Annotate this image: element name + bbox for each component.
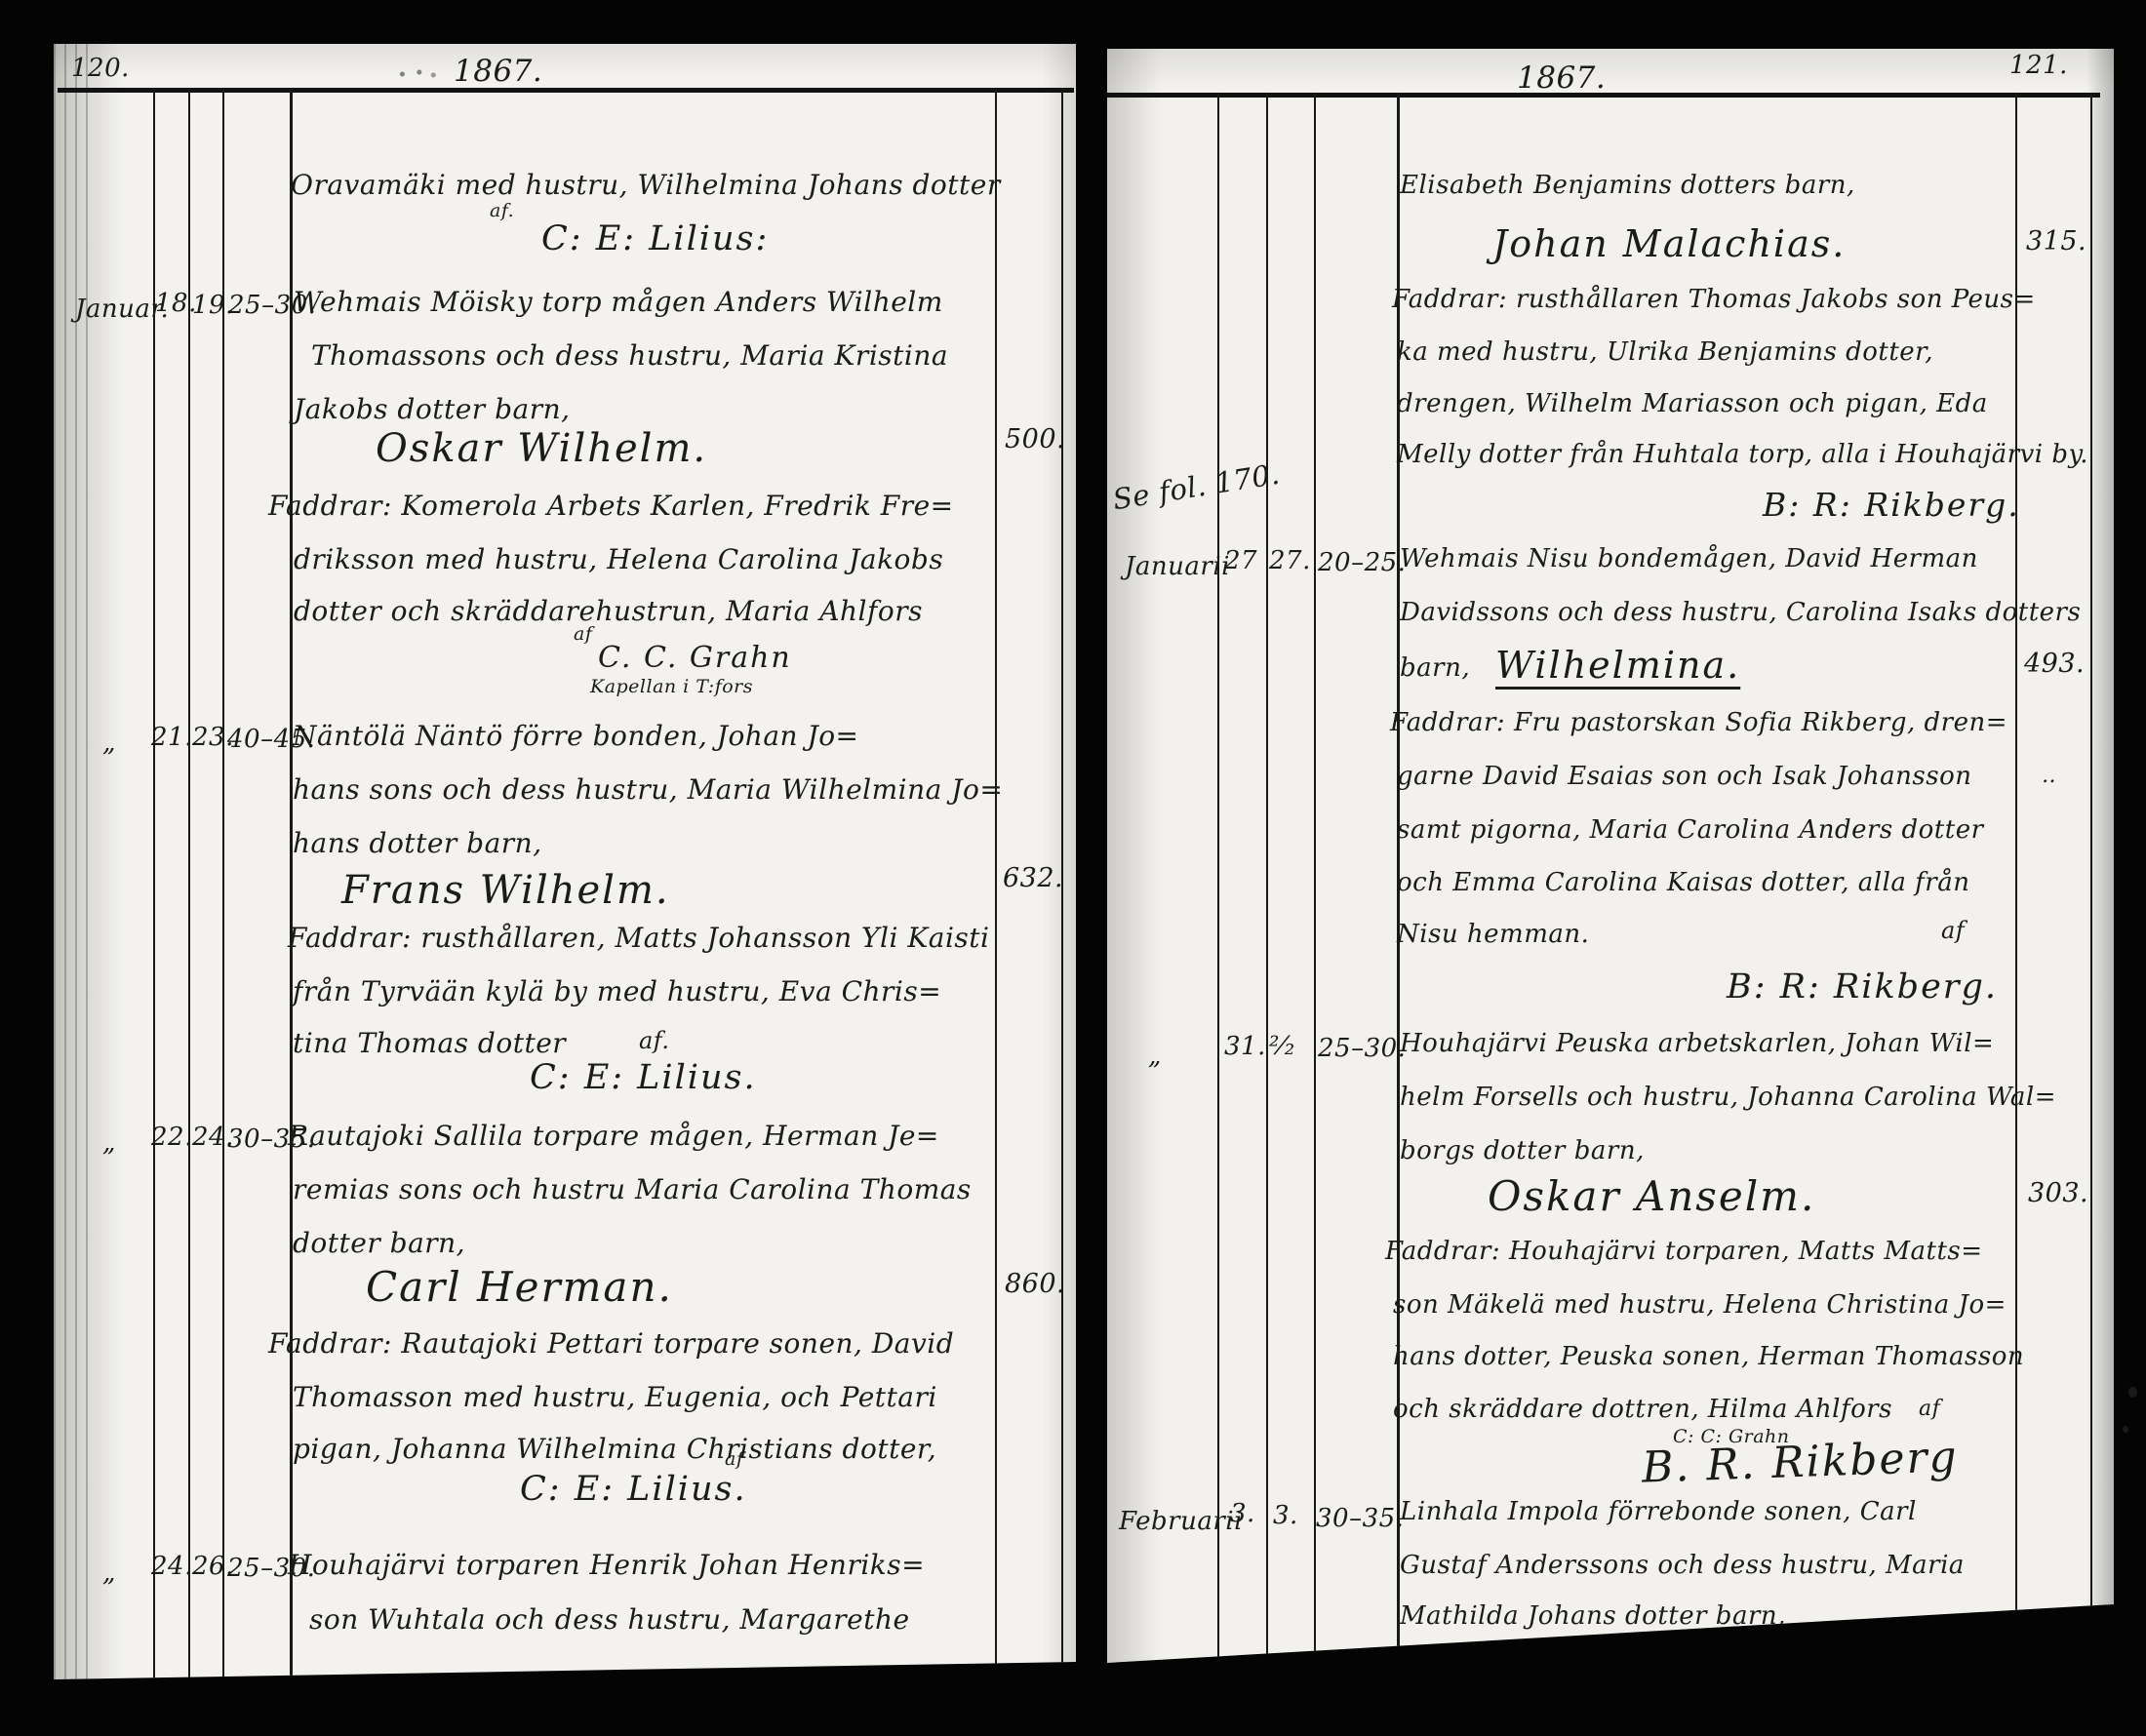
year-heading: 1867. (1517, 60, 1606, 96)
record-number: 315. (2026, 226, 2086, 256)
entry-line: Rautajoki Sallila torpare mågen, Herman … (288, 1120, 939, 1152)
entry-line: Mathilda Johans dotter barn, (1400, 1601, 1786, 1631)
godparents-line: ka med hustru, Ulrika Benjamins dotter, (1397, 337, 1933, 367)
column-rule (188, 88, 190, 1679)
birth-date: 18. (155, 289, 197, 318)
godparents-line: Faddrar: rusthållaren, Matts Johansson Y… (288, 922, 989, 954)
godparents-line: son Mäkelä med hustru, Helena Christina … (1393, 1290, 2007, 1320)
column-rule (222, 88, 224, 1679)
entry-line: helm Forsells och hustru, Johanna Caroli… (1400, 1083, 2056, 1112)
column-rule (2090, 93, 2092, 1663)
entry-line: Näntölä Näntö förre bonden, Johan Jo= (293, 720, 859, 752)
header-rule (58, 88, 1074, 93)
column-rule (2015, 93, 2017, 1663)
column-rule (153, 88, 155, 1679)
entry-line: Houhajärvi Peuska arbetskarlen, Johan Wi… (1400, 1029, 1994, 1058)
godparents-line: pigan, Johanna Wilhelmina Christians dot… (293, 1433, 936, 1465)
page-number: 120. (71, 54, 130, 83)
entry-line: Linhala Impola förrebonde sonen, Carl (1400, 1497, 1917, 1526)
column-rule (1314, 93, 1316, 1663)
godparents-line: tina Thomas dotter (293, 1027, 566, 1059)
month-label: Februarii (1119, 1507, 1243, 1536)
godparents-line: Faddrar: Houhajärvi torparen, Matts Matt… (1385, 1237, 1983, 1266)
ink-speck (2128, 1387, 2137, 1398)
column-rule (1217, 93, 1219, 1663)
page-number: 121. (2009, 51, 2068, 80)
parents-age: 30–35. (1316, 1504, 1404, 1533)
priest-signature: B: R: Rikberg. (1727, 967, 1998, 1006)
entry-line: hans dotter barn, (293, 827, 542, 859)
priest-signature: C. C. Grahn (598, 641, 792, 675)
priest-signature: C: E: Lilius. (530, 1058, 757, 1097)
godparents-line: hans dotter, Peuska sonen, Herman Thomas… (1393, 1342, 2024, 1371)
ink-mark: ‥ (2042, 764, 2056, 788)
godparents-line: Nisu hemman. (1397, 920, 1589, 949)
birth-date: 31. (1224, 1032, 1266, 1061)
entry-line: Thomassons och dess hustru, Maria Kristi… (311, 339, 948, 372)
af-mark: af (1941, 917, 1965, 944)
entry-line: dotter barn, (293, 1227, 465, 1259)
child-name: Frans Wilhelm. (341, 868, 670, 913)
entry-line: barn, (1400, 653, 1470, 683)
godparents-line: från Tyrvään kylä by med hustru, Eva Chr… (293, 975, 941, 1007)
ditto-mark: „ (102, 1558, 116, 1588)
entry-line: remias sons och hustru Maria Carolina Th… (293, 1173, 972, 1205)
priest-signature: C: E: Lilius: (541, 219, 769, 258)
entry-line: Oravamäki med hustru, Wilhelmina Johans … (291, 169, 1001, 201)
header-rule (1107, 93, 2100, 98)
birth-date: 24. (151, 1552, 193, 1581)
child-name: Johan Malachias. (1492, 222, 1846, 265)
book-scan: 120. 1867. Oravamäki med hustru, Wilhelm… (0, 0, 2146, 1736)
priest-signature: B: R: Rikberg. (1763, 486, 2020, 524)
af-mark: af (725, 1448, 743, 1470)
entry-line: Houhajärvi torparen Henrik Johan Henriks… (288, 1549, 925, 1581)
godparents-line: Melly dotter från Huhtala torp, alla i H… (1397, 440, 2088, 469)
priest-signature: C: E: Lilius. (520, 1470, 747, 1509)
baptism-date: 3. (1273, 1501, 1298, 1530)
child-name: Oskar Anselm. (1488, 1172, 1815, 1220)
af-mark: af. (639, 1027, 669, 1054)
godparents-line: Faddrar: Fru pastorskan Sofia Rikberg, d… (1390, 708, 2007, 737)
af-mark: af. (490, 200, 514, 221)
entry-line: Jakobs dotter barn, (294, 393, 571, 425)
parents-age: 20–25. (1318, 548, 1406, 577)
entry-line: borgs dotter barn, (1400, 1136, 1645, 1165)
entry-line: Wehmais Nisu bondemågen, David Herman (1400, 544, 1978, 573)
ditto-mark: „ (102, 729, 116, 758)
ink-smudge (385, 69, 442, 79)
baptism-date: 27. (1269, 546, 1311, 575)
godparents-line: drengen, Wilhelm Mariasson och pigan, Ed… (1397, 389, 1988, 418)
entry-line: Elisabeth Benjamins dotters barn, (1400, 171, 1855, 200)
parents-age: 25–30. (1318, 1034, 1406, 1063)
godparents-line: garne David Esaias son och Isak Johansso… (1397, 762, 1972, 791)
af-mark: af (1919, 1397, 1940, 1421)
month-label: Januarii (1125, 552, 1230, 581)
godparents-line: och skräddare dottren, Hilma Ahlfors (1393, 1395, 1892, 1424)
birth-date: 21. (151, 723, 193, 752)
ditto-mark: „ (1148, 1042, 1162, 1071)
entry-line: hans sons och dess hustru, Maria Wilhelm… (293, 773, 1003, 806)
page-left: 120. 1867. Oravamäki med hustru, Wilhelm… (54, 44, 1076, 1679)
record-number: 500. (1005, 424, 1065, 454)
godparents-line: dotter och skräddarehustrun, Maria Ahlfo… (294, 595, 923, 627)
entry-line: son Wuhtala och dess hustru, Margarethe (309, 1603, 910, 1636)
year-heading: 1867. (454, 54, 542, 89)
entry-line: Gustaf Anderssons och dess hustru, Maria (1400, 1551, 1965, 1580)
priest-signature: B. R. Rikberg (1641, 1432, 1959, 1492)
godparents-line: Thomasson med hustru, Eugenia, och Petta… (293, 1381, 937, 1413)
page-right: 1867. 121. Elisabeth Benjamins dotters b… (1107, 49, 2114, 1663)
margin-note: Se fol. 170. (1110, 457, 1282, 517)
godparents-line: och Emma Carolina Kaisas dotter, alla fr… (1397, 868, 1969, 897)
godparents-line: Faddrar: Komerola Arbets Karlen, Fredrik… (268, 490, 954, 522)
child-name: Oskar Wilhelm. (376, 426, 707, 471)
godparents-line: Faddrar: rusthållaren Thomas Jakobs son … (1392, 285, 2036, 314)
birth-date: 3. (1230, 1499, 1255, 1528)
birth-date: 22. (151, 1123, 193, 1152)
record-number: 860. (1005, 1269, 1065, 1299)
baptism-date: ²⁄₂ (1269, 1032, 1295, 1061)
record-number: 303. (2028, 1178, 2088, 1208)
birth-date: 27 (1224, 546, 1257, 575)
record-number: 632. (1003, 863, 1063, 893)
ink-speck (2123, 1426, 2128, 1433)
godparents-line: driksson med hustru, Helena Carolina Jak… (294, 543, 943, 575)
spine-striations (54, 44, 97, 1679)
column-rule (1266, 93, 1268, 1663)
child-name: Carl Herman. (366, 1263, 673, 1311)
entry-line: Davidssons och dess hustru, Carolina Isa… (1400, 598, 2081, 627)
godparents-line: samt pigorna, Maria Carolina Anders dott… (1397, 815, 1984, 845)
column-rule (995, 88, 997, 1679)
child-name: Wilhelmina. (1495, 644, 1740, 687)
entry-line: Wehmais Möisky torp mågen Anders Wilhelm (294, 286, 943, 318)
ditto-mark: „ (102, 1128, 116, 1158)
af-mark: af (574, 623, 592, 645)
record-number: 493. (2024, 649, 2085, 679)
godparents-line: Faddrar: Rautajoki Pettari torpare sonen… (268, 1327, 954, 1360)
signature-note: Kapellan i T:fors (590, 676, 753, 697)
